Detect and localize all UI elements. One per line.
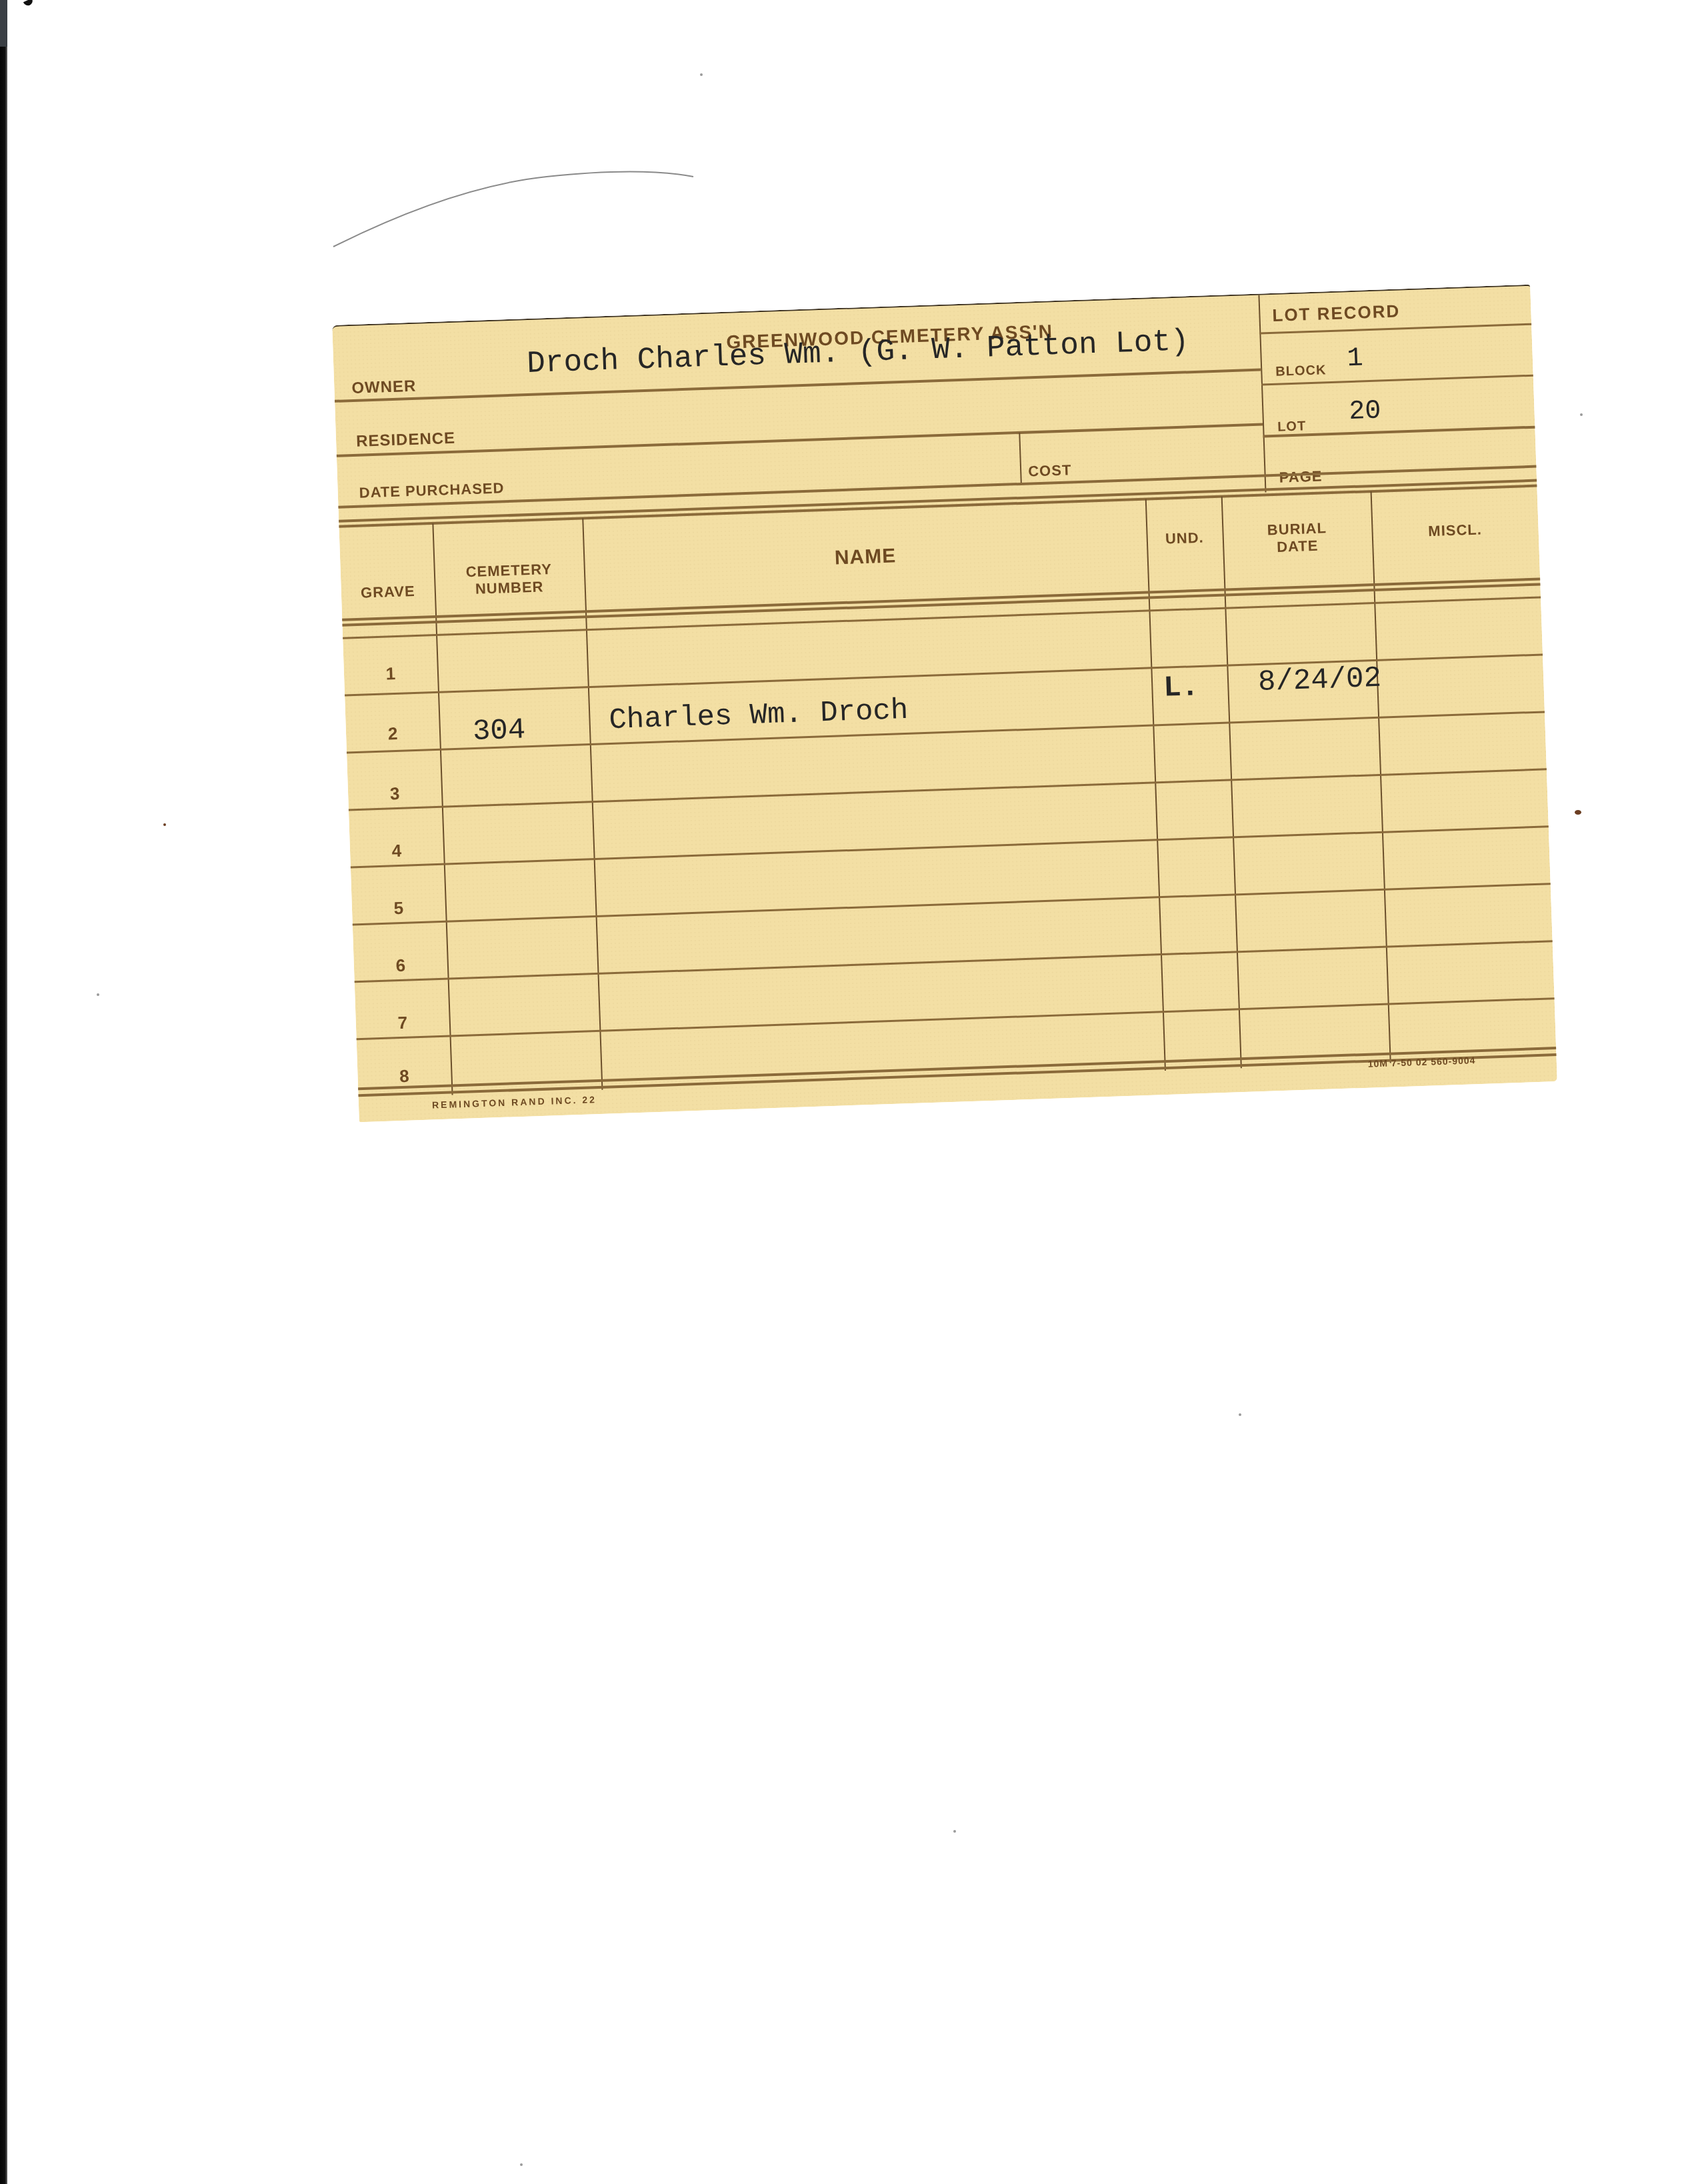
scanner-edge-top — [0, 0, 7, 47]
cost-divider — [1019, 433, 1022, 484]
col-divider — [432, 523, 453, 1095]
column-header-cemetery-number: CEMETERY NUMBER — [433, 559, 585, 599]
form-number: 10M 7-50 02 560-9004 — [1367, 1055, 1475, 1069]
speck — [1239, 1413, 1241, 1416]
column-header-und: UND. — [1146, 529, 1223, 549]
speck — [1580, 413, 1583, 416]
burial-date-cell[interactable]: 8/24/02 — [1257, 662, 1381, 699]
speck — [953, 1830, 956, 1833]
lot-label: LOT — [1277, 419, 1307, 435]
pencil-stroke — [320, 160, 800, 267]
grave-number: 5 — [352, 897, 446, 921]
column-header-miscl: MISCL. — [1371, 519, 1539, 542]
name-cell[interactable]: Charles Wm. Droch — [609, 694, 909, 737]
column-header-name: NAME — [583, 539, 1147, 576]
row-rule — [357, 997, 1555, 1040]
cost-label: COST — [1028, 461, 1072, 480]
block-value[interactable]: 1 — [1347, 343, 1364, 374]
grave-number: 6 — [353, 954, 447, 978]
lot-record-title: LOT RECORD — [1272, 301, 1401, 326]
grave-number: 4 — [350, 839, 444, 863]
owner-label: OWNER — [351, 377, 417, 398]
speck — [700, 73, 703, 76]
residence-label: RESIDENCE — [356, 429, 456, 451]
und-cell[interactable]: L. — [1163, 671, 1199, 705]
speck — [520, 2163, 523, 2166]
date-purchased-label: DATE PURCHASED — [359, 479, 504, 501]
grave-number: 3 — [348, 782, 442, 806]
residence-rule — [337, 423, 1263, 457]
row-rule — [353, 883, 1551, 925]
row-rule — [349, 768, 1547, 811]
ink-mark — [23, 0, 34, 7]
col-divider — [582, 518, 603, 1090]
speck — [97, 993, 99, 996]
row-rule — [355, 940, 1553, 983]
speck — [1575, 810, 1581, 815]
column-header-burial-date: BURIAL DATE — [1222, 518, 1373, 558]
block-label: BLOCK — [1275, 363, 1327, 380]
lot-value[interactable]: 20 — [1349, 396, 1382, 427]
grave-number: 7 — [355, 1011, 449, 1035]
page-label: PAGE — [1279, 468, 1323, 487]
cemetery-number-cell[interactable]: 304 — [472, 713, 526, 749]
col-divider — [1145, 499, 1166, 1071]
col-divider — [1221, 497, 1242, 1069]
owner-rule — [335, 369, 1261, 403]
scanner-edge-shadow — [0, 0, 7, 2184]
speck — [163, 823, 166, 826]
col-divider — [1371, 491, 1391, 1063]
row-rule — [347, 711, 1545, 753]
grave-number: 1 — [344, 662, 438, 686]
column-header-grave: GRAVE — [341, 582, 435, 603]
grave-number: 2 — [346, 722, 440, 746]
lot-record-card: GREENWOOD CEMETERY ASS'N LOT RECORD BLOC… — [332, 285, 1557, 1122]
row-rule — [351, 825, 1549, 868]
lot-record-divider — [1258, 295, 1266, 493]
printer-imprint: REMINGTON RAND INC. 22 — [432, 1094, 597, 1110]
grave-number: 8 — [357, 1065, 451, 1089]
